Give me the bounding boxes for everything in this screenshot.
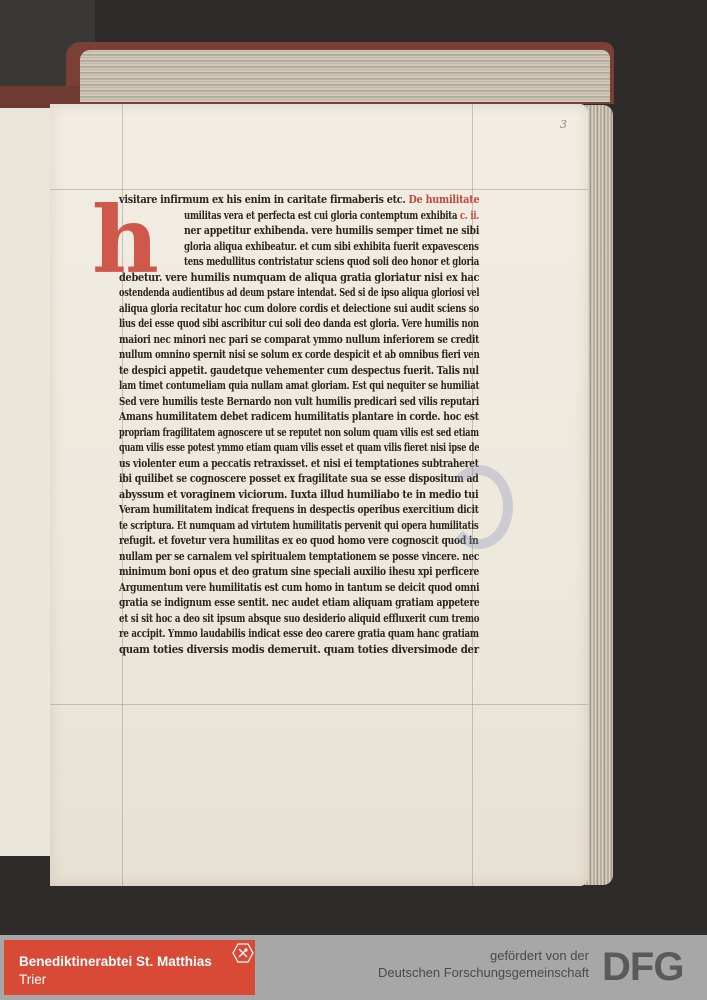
text-line: quam vilis esse potest ymmo etiam quam v… [119, 440, 479, 454]
verso-page [0, 108, 52, 856]
institution-badge[interactable]: Benediktinerabtei St. Matthias Trier [4, 940, 255, 995]
text-line: lam timet contumeliam quia nullam amat g… [119, 378, 479, 392]
text-line: ner appetitur exhibenda. vere humilis se… [184, 223, 479, 237]
text-line: debetur. vere humilis numquam de aliqua … [119, 270, 479, 284]
text-line: re accipit. Ymmo laudabilis indicat esse… [119, 626, 479, 640]
text-line: abyssum et voraginem viciorum. Iuxta ill… [119, 487, 478, 501]
text-line: te despici appetit. gaudetque vehementer… [119, 363, 479, 377]
text-line: Amans humilitatem debet radicem humilita… [119, 409, 479, 423]
text-line: nullam per se carnalem vel spiritualem t… [119, 549, 479, 563]
institution-city: Trier [19, 972, 46, 987]
funding-notice: gefördert von der Deutschen Forschungsge… [378, 947, 589, 981]
footer-bar: Benediktinerabtei St. Matthias Trier gef… [0, 935, 707, 1000]
ink-stain [445, 465, 513, 549]
text-line: te scriptura. Et numquam ad virtutem hum… [119, 518, 479, 532]
rubric-chapter: c. ii. [460, 208, 479, 222]
dfg-logo[interactable]: DFG [602, 947, 683, 987]
text-line: maiori nec minori nec pari se comparat y… [119, 332, 479, 346]
text-line: refugit. et fovetur vera humilitas ex eo… [119, 533, 479, 547]
text-line: tens medullitus contristatur sciens quod… [184, 254, 479, 268]
rubric-heading: De humilitate [409, 192, 480, 206]
text-line: aliqua gloria recitatur hoc cum dolore c… [119, 301, 479, 315]
text-line: propriam fragilitatem agnoscere ut se re… [119, 425, 479, 439]
book-page-edges-right [585, 105, 613, 885]
text-line: visitare infirmum ex his enim in caritat… [119, 192, 479, 206]
decorated-initial-h: h [92, 203, 180, 278]
text-line: ostendenda audientibus ad deum pstare in… [119, 285, 479, 299]
text-line: nullum omnino spernit nisi se solum ex c… [119, 347, 480, 361]
text-line: gloria aliqua exhibeatur. et cum sibi ex… [184, 239, 479, 253]
text-line: Sed vere humilis teste Bernardo non vult… [119, 394, 479, 408]
text-line: gratia se indignum esse sentit. nec aude… [119, 595, 479, 609]
text-line: minimum boni opus et deo gratum sine spe… [119, 564, 479, 578]
text-line: lius dei esse quod sibi ascribitur cui s… [119, 316, 479, 330]
text-line: Argumentum vere humilitatis est cum homo… [119, 580, 479, 594]
text-line: ibi quilibet se cognoscere posset ex fra… [119, 471, 479, 485]
abbey-emblem-icon [232, 943, 254, 963]
book-page-edges-top [80, 50, 610, 102]
text-line: quam toties diversis modis demeruit. qua… [119, 642, 479, 656]
folio-number: 3 [560, 118, 567, 131]
ruling-line [50, 704, 588, 705]
funding-line-1: gefördert von der [378, 947, 589, 964]
funding-line-2: Deutschen Forschungsgemeinschaft [378, 964, 589, 981]
text-line: Veram humilitatem indicat frequens in de… [119, 502, 479, 516]
text-line: et si sit hoc a deo sit ipsum absque suo… [119, 611, 479, 625]
institution-name: Benediktinerabtei St. Matthias [19, 954, 212, 969]
text-line: us violenter eum a peccatis retraxisset.… [119, 456, 479, 470]
text-line: umilitas vera et perfecta est cui gloria… [184, 208, 479, 222]
